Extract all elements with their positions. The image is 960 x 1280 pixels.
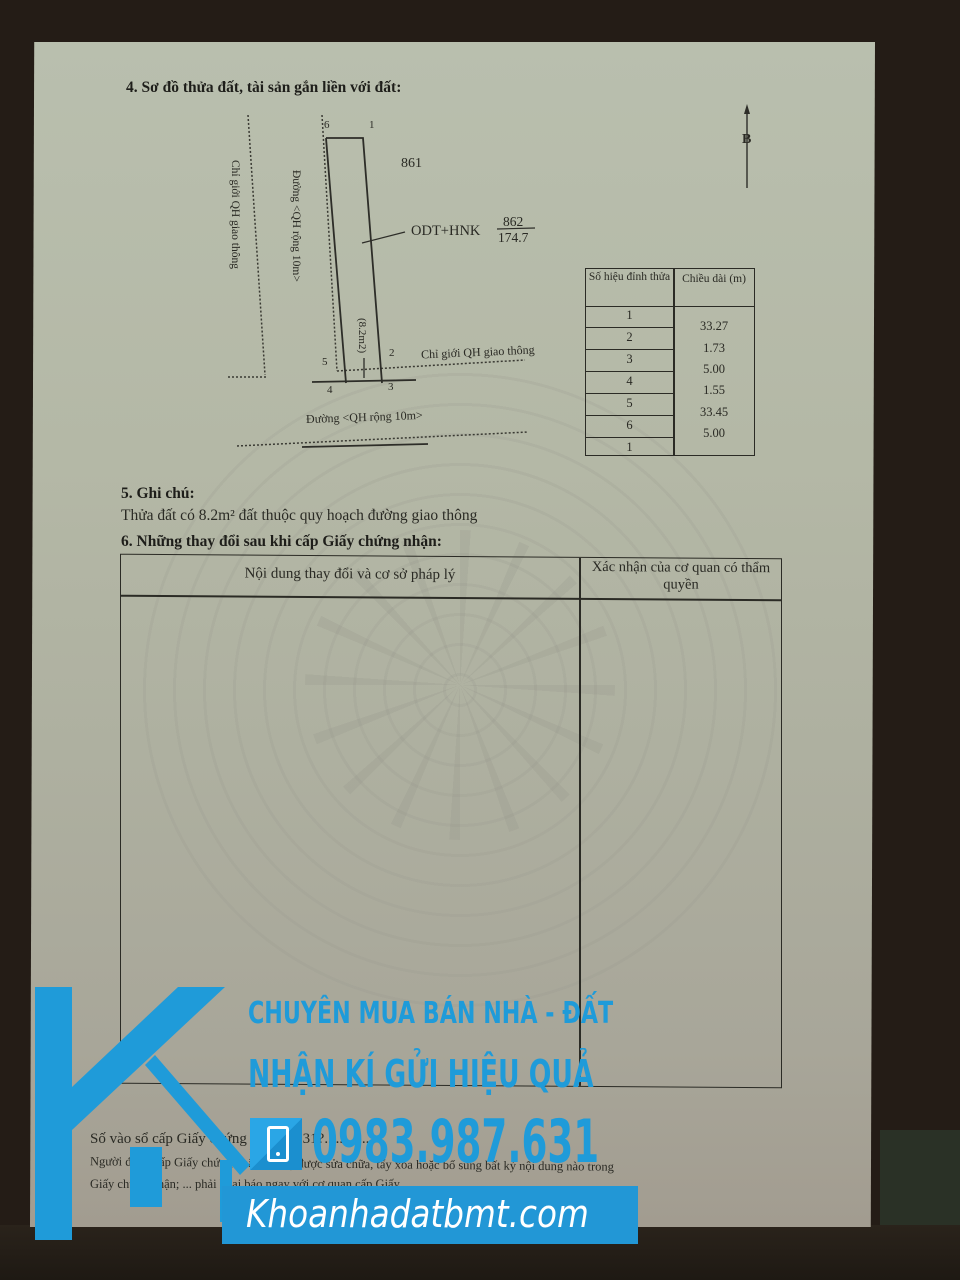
watermark-phone: 0983.987.631 [312, 1110, 599, 1174]
phone-icon [250, 1118, 302, 1170]
watermark-website-bar: Khoanhadatbmt.com [222, 1186, 638, 1244]
watermark-website: Khoanhadatbmt.com [246, 1192, 589, 1236]
watermark-slogan-line1: CHUYÊN MUA BÁN NHÀ - ĐẤT [248, 996, 613, 1031]
watermark-slogan-line2: NHẬN KÍ GỬI HIỆU QUẢ [248, 1052, 594, 1096]
